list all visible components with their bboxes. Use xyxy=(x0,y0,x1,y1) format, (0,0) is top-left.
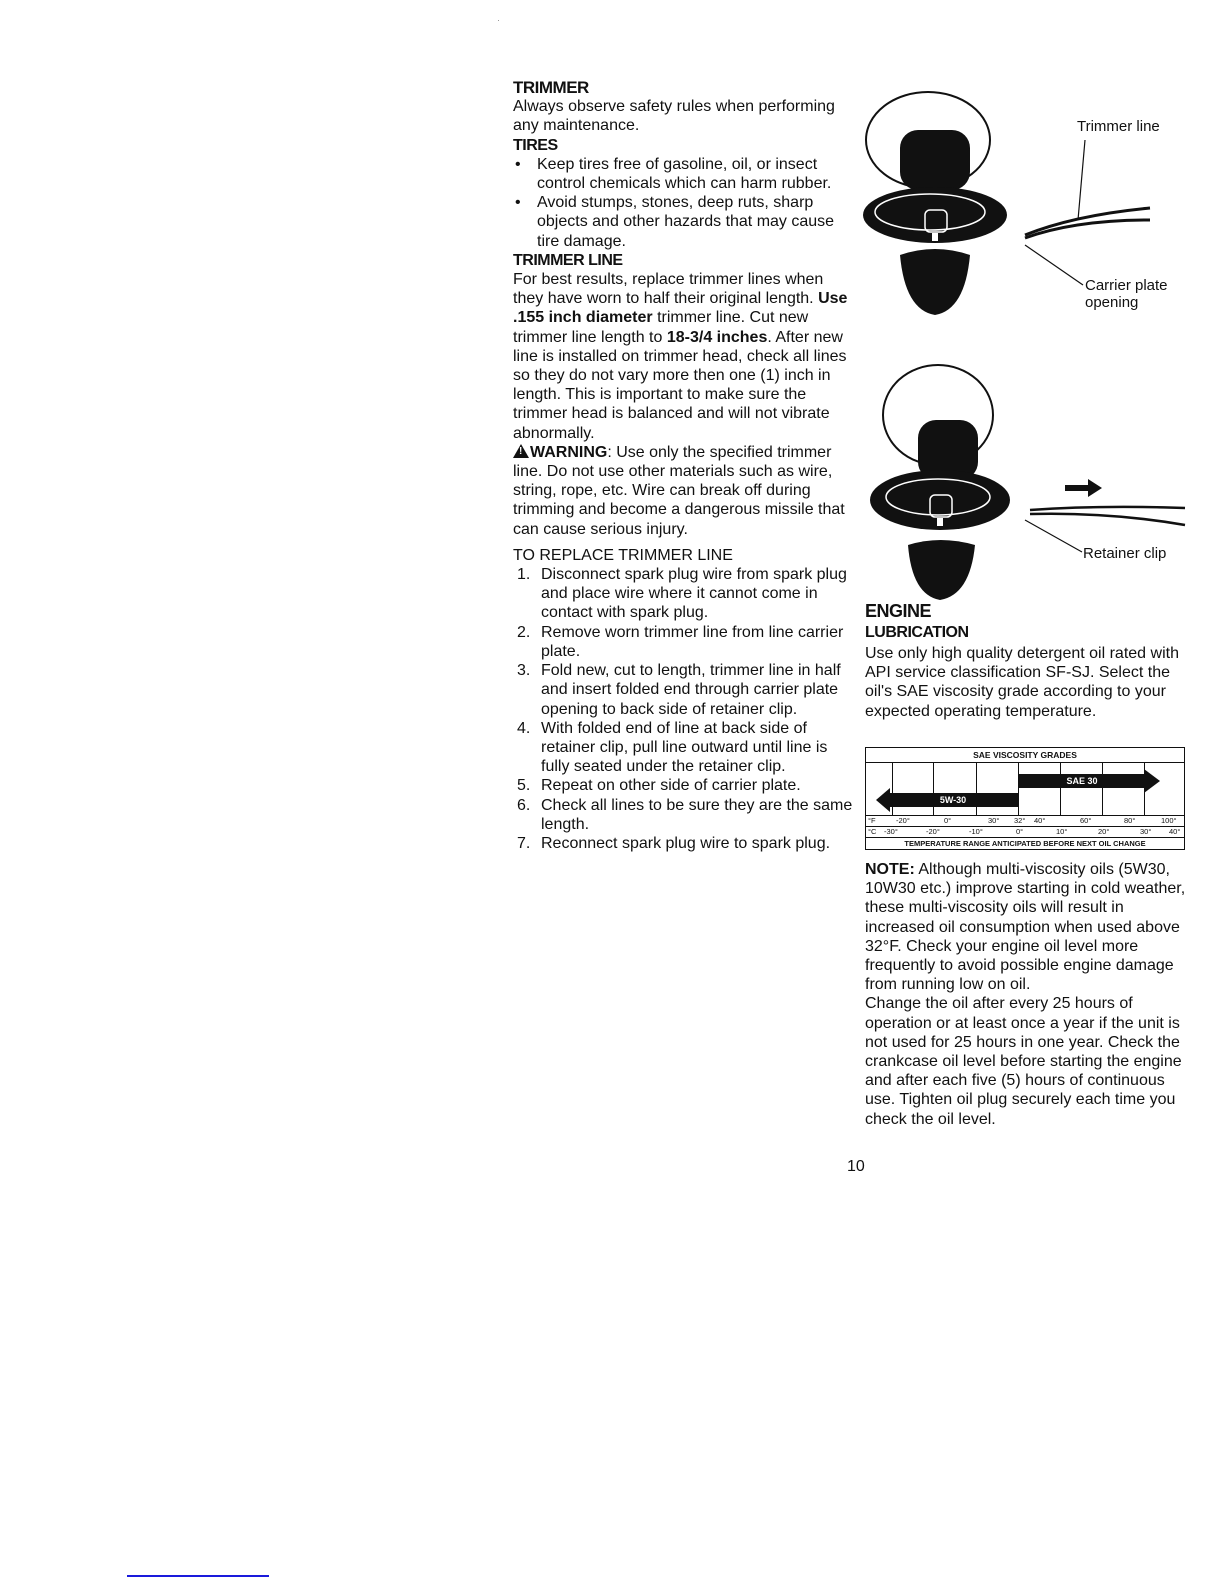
scan-speck xyxy=(498,20,499,21)
tick: -30° xyxy=(884,827,898,837)
sae30-bar: SAE 30 xyxy=(1018,774,1146,788)
replace-steps: 1.Disconnect spark plug wire from spark … xyxy=(513,565,853,853)
step-number: 1. xyxy=(517,565,530,584)
chart-grid: SAE 30 5W-30 xyxy=(866,763,1184,816)
lubrication-heading: LUBRICATION xyxy=(865,622,1190,644)
trimmer-line-leader-lines xyxy=(1015,120,1165,290)
step-text: Reconnect spark plug wire to spark plug. xyxy=(541,835,830,852)
step-number: 5. xyxy=(517,776,530,795)
right-column: ENGINE LUBRICATION Use only high quality… xyxy=(865,600,1190,721)
trimmer-line-heading: TRIMMER LINE xyxy=(513,251,853,270)
list-item: 4.With folded end of line at back side o… xyxy=(513,719,853,777)
warning-block: WARNING: Use only the specified trimmer … xyxy=(513,443,853,539)
label-retainer-clip: Retainer clip xyxy=(1083,545,1166,562)
tick: 30° xyxy=(988,816,999,826)
step-number: 4. xyxy=(517,719,530,738)
emphasis-length: 18-3/4 inches xyxy=(667,329,768,346)
trimmer-head-figure-2 xyxy=(870,360,1030,600)
text-span: For best results, replace trimmer lines … xyxy=(513,271,823,307)
5w30-arrowhead-icon xyxy=(876,788,890,812)
note-text: Although multi-viscosity oils (5W30, 10W… xyxy=(865,861,1185,993)
tick: -20° xyxy=(926,827,940,837)
celsius-row: °C -30° -20° -10° 0° 10° 20° 30° 40° xyxy=(866,827,1184,838)
tick: 0° xyxy=(1016,827,1023,837)
page-number: 10 xyxy=(847,1158,865,1176)
5w30-bar: 5W-30 xyxy=(888,793,1018,807)
pull-direction-arrow-icon xyxy=(1065,479,1102,497)
unit-f: °F xyxy=(868,816,876,826)
note-label: NOTE: xyxy=(865,861,915,878)
step-text: With folded end of line at back side of … xyxy=(541,720,827,775)
tick: -10° xyxy=(969,827,983,837)
left-column: TRIMMER Always observe safety rules when… xyxy=(513,78,853,853)
fahrenheit-row: °F -20° 0° 30° 32° 40° 60° 80° 100° xyxy=(866,816,1184,827)
oil-change-paragraph: Change the oil after every 25 hours of o… xyxy=(865,994,1195,1128)
sae30-arrowhead-icon xyxy=(1144,769,1164,793)
tick: 80° xyxy=(1124,816,1135,826)
tick: 100° xyxy=(1161,816,1177,826)
replace-heading: TO REPLACE TRIMMER LINE xyxy=(513,546,853,565)
tick: 60° xyxy=(1080,816,1091,826)
trimmer-line-text: For best results, replace trimmer lines … xyxy=(513,270,853,443)
tires-heading: TIRES xyxy=(513,136,853,155)
step-text: Disconnect spark plug wire from spark pl… xyxy=(541,566,847,621)
tick: 40° xyxy=(1034,816,1045,826)
unit-c: °C xyxy=(868,827,876,837)
sae-viscosity-chart: SAE VISCOSITY GRADES SAE 30 5W-30 °F -20… xyxy=(865,747,1185,850)
step-number: 2. xyxy=(517,623,530,642)
label-carrier-plate-opening: Carrier plate opening xyxy=(1085,277,1185,311)
list-item: 5.Repeat on other side of carrier plate. xyxy=(513,776,853,795)
trimmer-heading: TRIMMER xyxy=(513,78,853,97)
warning-triangle-icon xyxy=(513,444,529,458)
warning-label: WARNING xyxy=(530,444,607,461)
step-text: Fold new, cut to length, trimmer line in… xyxy=(541,662,841,717)
step-number: 7. xyxy=(517,834,530,853)
lubrication-text: Use only high quality detergent oil rate… xyxy=(865,644,1190,721)
tick: 30° xyxy=(1140,827,1151,837)
tires-list: Keep tires free of gasoline, oil, or ins… xyxy=(513,155,853,251)
list-item: 2.Remove worn trimmer line from line car… xyxy=(513,623,853,661)
engine-heading: ENGINE xyxy=(865,600,1190,622)
chart-title: SAE VISCOSITY GRADES xyxy=(866,748,1184,763)
blue-link-underline xyxy=(127,1575,269,1577)
tick: -20° xyxy=(896,816,910,826)
list-item: 3.Fold new, cut to length, trimmer line … xyxy=(513,661,853,719)
tick: 0° xyxy=(944,816,951,826)
trimmer-head-figure-1 xyxy=(860,85,1020,325)
step-number: 6. xyxy=(517,796,530,815)
tick: 20° xyxy=(1098,827,1109,837)
step-text: Check all lines to be sure they are the … xyxy=(541,797,852,833)
step-text: Repeat on other side of carrier plate. xyxy=(541,777,801,794)
trimmer-intro: Always observe safety rules when perform… xyxy=(513,97,853,135)
tick: 32° xyxy=(1014,816,1025,826)
tick: 10° xyxy=(1056,827,1067,837)
note-paragraph: NOTE: Although multi-viscosity oils (5W3… xyxy=(865,860,1195,994)
label-trimmer-line: Trimmer line xyxy=(1077,118,1160,135)
step-text: Remove worn trimmer line from line carri… xyxy=(541,624,843,660)
tick: 40° xyxy=(1169,827,1180,837)
list-item: 7.Reconnect spark plug wire to spark plu… xyxy=(513,834,853,853)
list-item: 6.Check all lines to be sure they are th… xyxy=(513,796,853,834)
step-number: 3. xyxy=(517,661,530,680)
chart-footer: TEMPERATURE RANGE ANTICIPATED BEFORE NEX… xyxy=(866,838,1184,850)
list-item: 1.Disconnect spark plug wire from spark … xyxy=(513,565,853,623)
list-item: Avoid stumps, stones, deep ruts, sharp o… xyxy=(513,193,853,251)
list-item: Keep tires free of gasoline, oil, or ins… xyxy=(513,155,853,193)
note-section: NOTE: Although multi-viscosity oils (5W3… xyxy=(865,860,1195,1129)
